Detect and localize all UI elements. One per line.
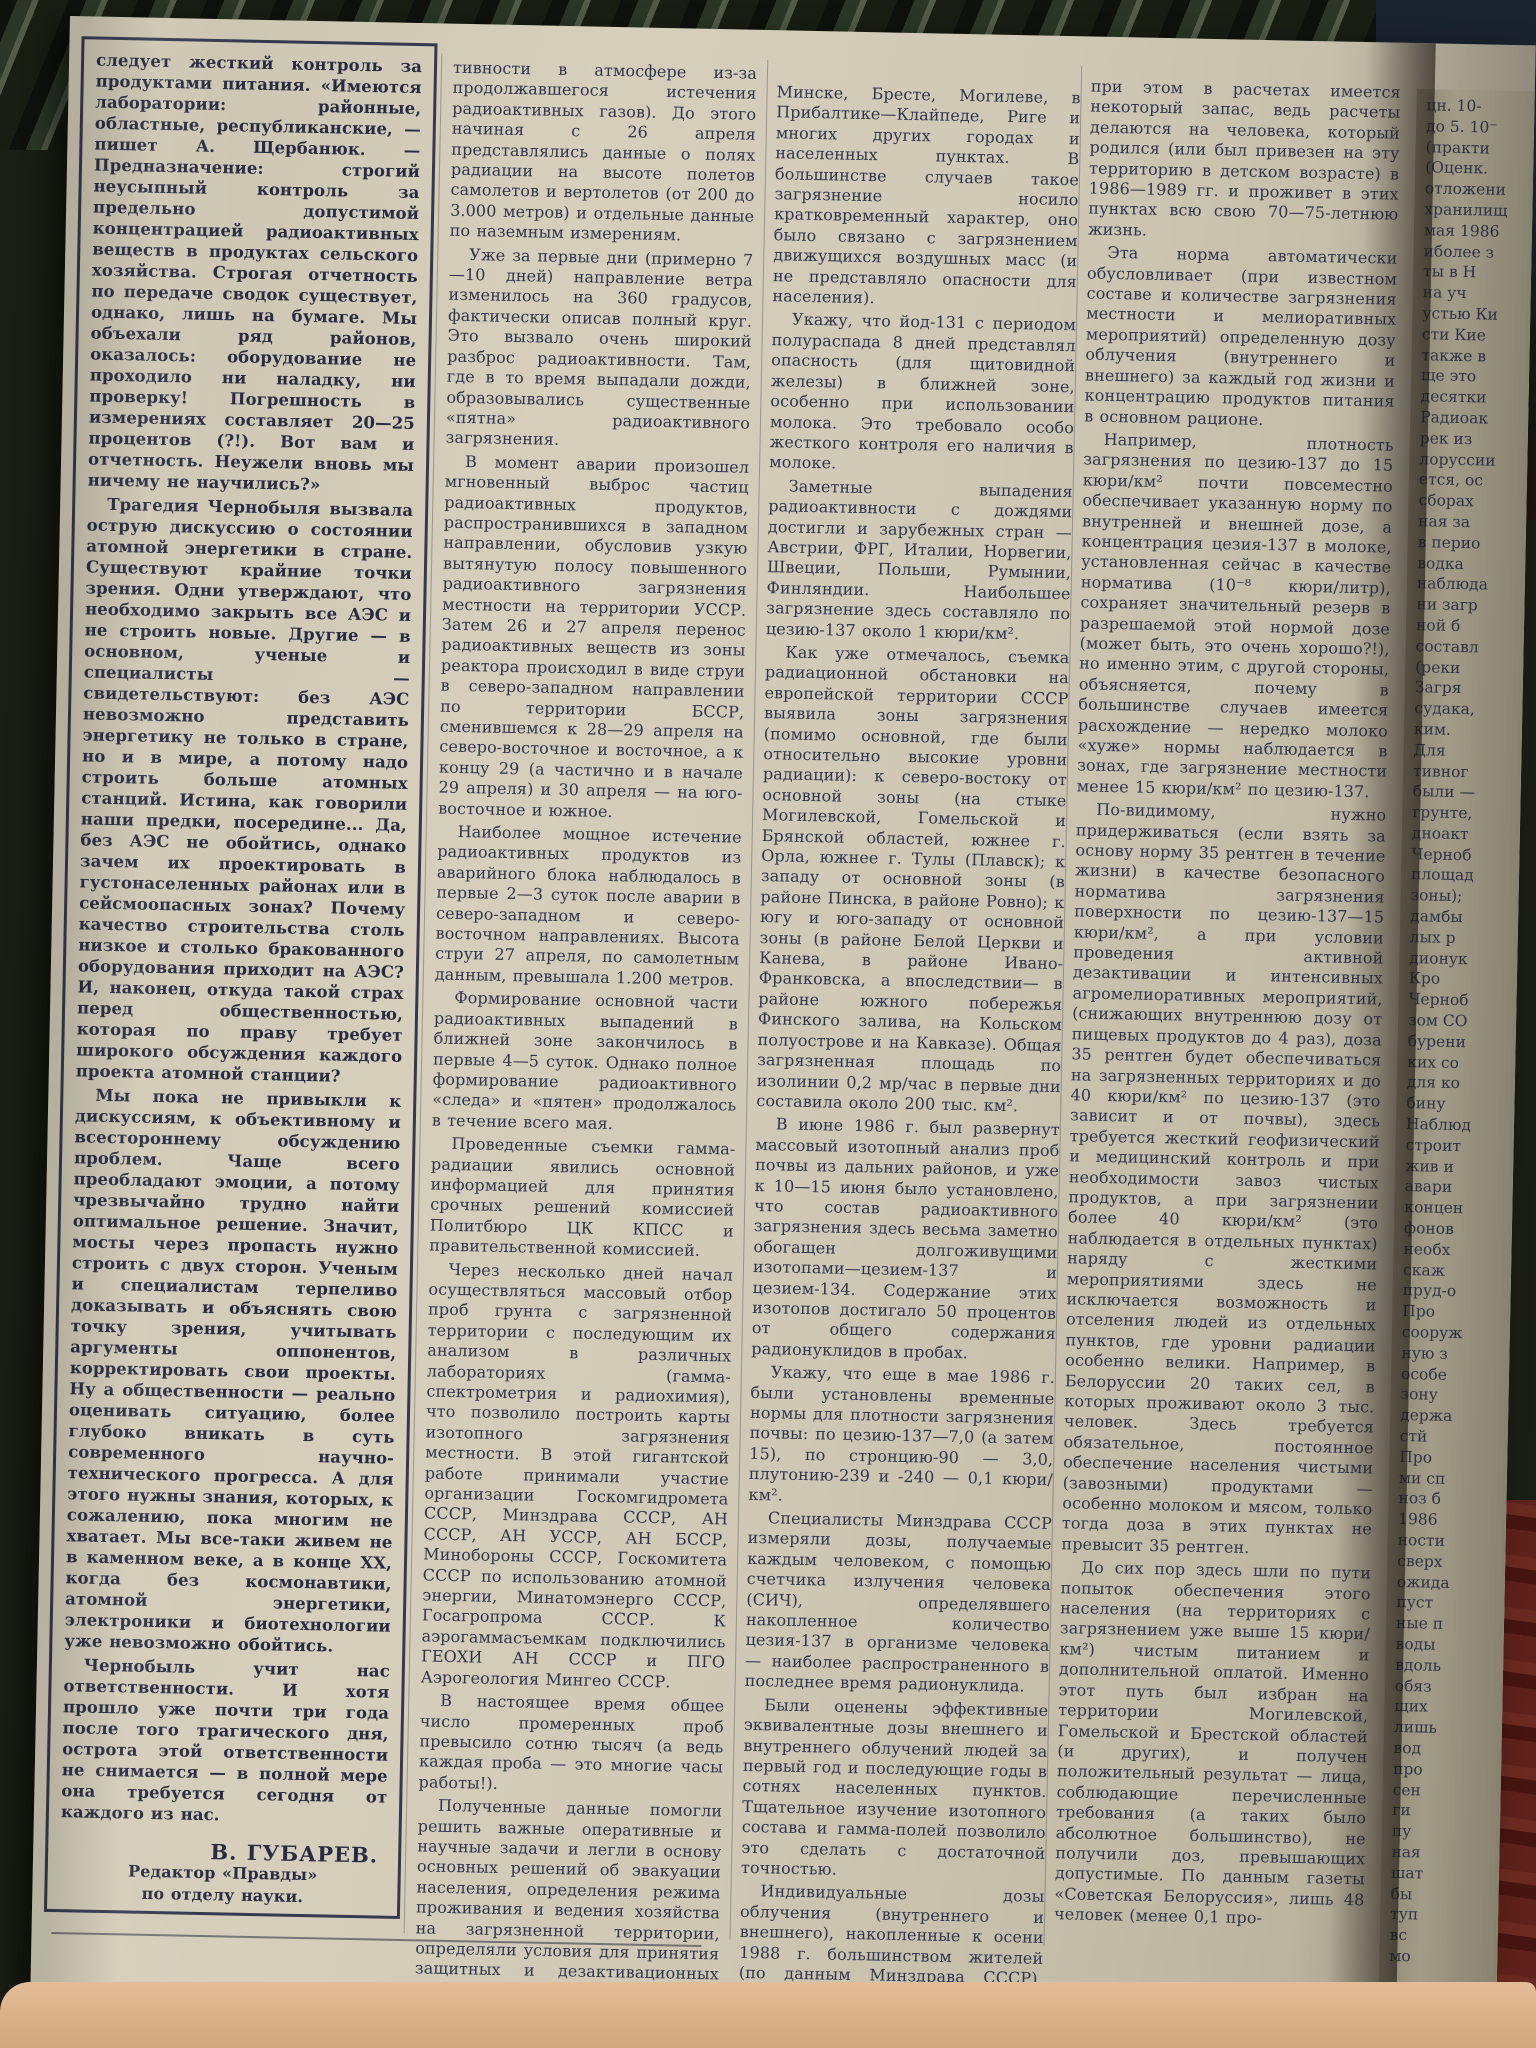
clipped-text-fragment: Черноб [1408, 989, 1516, 1012]
author-role: Редактор «Правды» по отделу науки. [59, 1859, 386, 1910]
clipped-text-fragment: рек из [1420, 428, 1528, 451]
clipped-text-fragment: вод [1393, 1738, 1501, 1761]
paragraph: Проведенные съемки гамма-радиации явилис… [429, 1134, 735, 1263]
clipped-text-fragment: Для [1413, 740, 1521, 763]
clipped-text-fragment: сен [1392, 1779, 1500, 1802]
paragraph: при этом в расчетах имеется некоторый за… [1088, 77, 1401, 246]
paragraph: тивности в атмосфере из-за продолжавшего… [450, 58, 758, 248]
clipped-text-fragment: вс [1390, 1925, 1498, 1948]
clipped-text-fragment: ких со [1407, 1052, 1515, 1075]
paragraph: Минске, Бресте, Могилеве, в Прибалтике—К… [772, 82, 1080, 313]
clipped-text-fragment: ную з [1401, 1343, 1509, 1366]
clipped-text-fragment: десятки [1420, 386, 1528, 409]
clipped-text-fragment: ная за [1418, 511, 1526, 534]
clipped-text-fragment: воды [1395, 1634, 1503, 1657]
clipped-text-fragment: бину [1406, 1093, 1514, 1116]
clipped-text-fragment: 1986 [1398, 1509, 1506, 1532]
clipped-text-fragment: строит [1405, 1135, 1513, 1158]
clipped-text-fragment: для ко [1407, 1073, 1515, 1096]
clipped-text-fragment: также в [1421, 345, 1529, 368]
clipped-text-fragment: площад [1411, 865, 1519, 888]
clipped-text-fragment: пуст [1396, 1592, 1504, 1615]
paragraph: По-видимому, нужно придерживаться (если … [1061, 800, 1386, 1561]
text-column-4: при этом в расчетах имеется некоторый за… [1052, 77, 1401, 2013]
clipped-text-fragment: Загря [1415, 677, 1523, 700]
clipped-text-fragment: в перио [1418, 532, 1526, 555]
clipped-text-fragment: (практи [1425, 137, 1533, 160]
clipped-text-fragment: необх [1403, 1239, 1511, 1262]
clipped-text-fragment: сооруж [1402, 1322, 1510, 1345]
clipped-text-fragment: дноакт [1412, 823, 1520, 846]
clipped-text-fragment: ной б [1416, 615, 1524, 638]
clipped-text-fragment: вдоль [1395, 1655, 1503, 1678]
clipped-text-fragment: цн. 10- [1426, 95, 1534, 118]
clipped-text-fragment: ноз б [1398, 1488, 1506, 1511]
clipped-text-fragment: зоны); [1410, 885, 1518, 908]
clipped-text-fragment: дамбы [1410, 906, 1518, 929]
clipped-text-fragment: лых р [1410, 927, 1518, 950]
clipped-text-fragment: дионук [1409, 948, 1517, 971]
paragraph: следует жесткий контроль за продуктами п… [87, 50, 422, 497]
paragraph: Уже за первые дни (примерно 7—10 дней) н… [445, 244, 753, 454]
clipped-text-fragment: ности [1397, 1530, 1505, 1553]
clipped-text-fragment: ги [1392, 1800, 1500, 1823]
clipped-text-fragment: бурени [1407, 1031, 1515, 1054]
paragraph: В июне 1986 г. был развернут массовый из… [751, 1114, 1060, 1365]
author-signature: В. ГУБАРЕВ.Редактор «Правды» по отделу н… [59, 1838, 386, 1910]
clipped-text-fragment: туп [1390, 1904, 1498, 1927]
paragraph: Эта норма автоматически обусловливает (п… [1084, 243, 1398, 433]
paragraph: Чернобыль учит нас ответственности. И хо… [61, 1654, 390, 1829]
clipped-text-fragment: особе [1401, 1364, 1509, 1387]
clipped-text-fragment: Черноб [1411, 844, 1519, 867]
clipped-text-fragment: ни загр [1416, 594, 1524, 617]
clipped-text-fragment: сборах [1418, 490, 1526, 513]
clipped-text-fragment: до 5. 10⁻ [1426, 116, 1534, 139]
paragraph: Были оценены эффективные эквивалентные д… [741, 1695, 1049, 1885]
text-column-2: тивности в атмосфере из-за продолжавшего… [415, 58, 758, 1994]
clipped-text-fragment: были — [1412, 781, 1520, 804]
clipped-text-fragment: грунте, [1412, 802, 1520, 825]
clipped-text-fragment: ная [1391, 1842, 1499, 1865]
clipped-text-fragment: ется, ос [1419, 470, 1527, 493]
clipped-text-fragment: держа [1400, 1405, 1508, 1428]
clipped-text-fragment: скаж [1403, 1260, 1511, 1283]
paragraph: Наиболее мощное истечение радиоактивных … [435, 822, 742, 991]
paragraph: Укажу, что еще в мае 1986 г. были устано… [748, 1362, 1055, 1511]
clipped-text-fragment: Радиоак [1420, 407, 1528, 430]
paragraph: Полученные данные помогли решить важные … [415, 1795, 723, 1993]
clipped-text-fragment: сверх [1397, 1551, 1505, 1574]
clipped-text-fragment: отложени [1425, 178, 1533, 201]
paragraph: Через несколько дней начал осуществлятьс… [421, 1259, 734, 1694]
clipped-text-fragment: Про [1399, 1447, 1507, 1470]
clipped-text-fragment: лоруссии [1419, 449, 1527, 472]
clipped-text-fragment: сти Кие [1422, 324, 1530, 347]
clipped-text-fragment: зом СО [1408, 1010, 1516, 1033]
clipped-text-fragment: ще это [1421, 366, 1529, 389]
paragraph: Как уже отмечалось, съемка радиационной … [756, 642, 1069, 1117]
clipped-text-fragment: лишь [1394, 1717, 1502, 1740]
clipped-text-fragment: щих [1394, 1696, 1502, 1719]
clipped-text-fragment: иболее з [1423, 241, 1531, 264]
paragraph: Трагедия Чернобыля вызвала острую дискус… [76, 493, 414, 1087]
tablecloth-bottom [0, 1982, 1536, 2048]
clipped-text-fragment: (реки [1415, 657, 1523, 680]
clipped-text-fragment: зону [1400, 1384, 1508, 1407]
clipped-text-fragment: составл [1415, 636, 1523, 659]
editorial-box-column: следует жесткий контроль за продуктами п… [44, 36, 438, 1919]
clipped-text-fragment: Кро [1409, 969, 1517, 992]
clipped-text-fragment: (Оценк. [1425, 158, 1533, 181]
clipped-text-fragment: Про [1402, 1301, 1510, 1324]
newspaper-page: следует жесткий контроль за продуктами п… [30, 16, 1536, 2041]
paragraph: Заметные выпадения радиоактивности с дож… [766, 476, 1073, 645]
clipped-text-fragment: наблюда [1417, 573, 1525, 596]
clipped-text-fragment: мая 1986 [1424, 220, 1532, 243]
paragraph: В настоящее время общее число промеренны… [418, 1690, 724, 1798]
paragraph: В момент аварии произошел мгновенный выб… [438, 451, 749, 824]
clipped-text-fragment: ожида [1397, 1572, 1505, 1595]
clipped-text-fragment: пу [1392, 1821, 1500, 1844]
clipped-text-fragment: мо [1389, 1946, 1497, 1969]
clipped-text-fragment: бы [1390, 1883, 1498, 1906]
clipped-text-fragment: шат [1391, 1863, 1499, 1886]
clipped-text-fragment: хранилищ [1424, 199, 1532, 222]
clipped-text-fragment: ные п [1396, 1613, 1504, 1636]
clipped-text-fragment: судака, [1414, 698, 1522, 721]
clipped-text-fragment: жив и [1405, 1156, 1513, 1179]
clipped-text-fragment: ты в Н [1423, 262, 1531, 285]
paragraph: Мы пока не привыкли к дискуссиям, к объе… [64, 1084, 401, 1657]
clipped-text-fragment: устью Ки [1422, 303, 1530, 326]
clipped-text-fragment: Наблюд [1406, 1114, 1514, 1137]
clipped-text-fragment: ким. [1414, 719, 1522, 742]
clipped-text-fragment: авари [1405, 1176, 1513, 1199]
paragraph: Специалисты Минздрава СССР измеряли дозы… [745, 1508, 1053, 1698]
clipped-text-fragment: обяз [1395, 1675, 1503, 1698]
clipped-text-fragment: про [1393, 1759, 1501, 1782]
clipped-text-fragment: ми сп [1399, 1468, 1507, 1491]
paragraph: Формирование основной части радиоактивны… [432, 988, 739, 1137]
paragraph: Например, плотность загрязнения по цезию… [1077, 429, 1394, 802]
text-column-3: Минске, Бресте, Могилеве, в Прибалтике—К… [738, 82, 1080, 2008]
clipped-text-fragment: пруд-о [1402, 1280, 1510, 1303]
paragraph: Укажу, что йод-131 с периодом полураспад… [769, 310, 1076, 479]
paragraph: До сих пор здесь шли по пути попыток обе… [1054, 1557, 1371, 1930]
clipped-text-fragment: водка [1417, 553, 1525, 576]
photo-of-newspaper: { "colors":{"paper":"#cfc8b4","ink":"#2f… [0, 0, 1536, 2048]
clipped-text-fragment: стй [1400, 1426, 1508, 1449]
clipped-text-fragment: на уч [1423, 282, 1531, 305]
clipped-text-fragment: фонов [1404, 1218, 1512, 1241]
clipped-text-fragment: концен [1404, 1197, 1512, 1220]
clipped-text-fragment: тивног [1413, 761, 1521, 784]
